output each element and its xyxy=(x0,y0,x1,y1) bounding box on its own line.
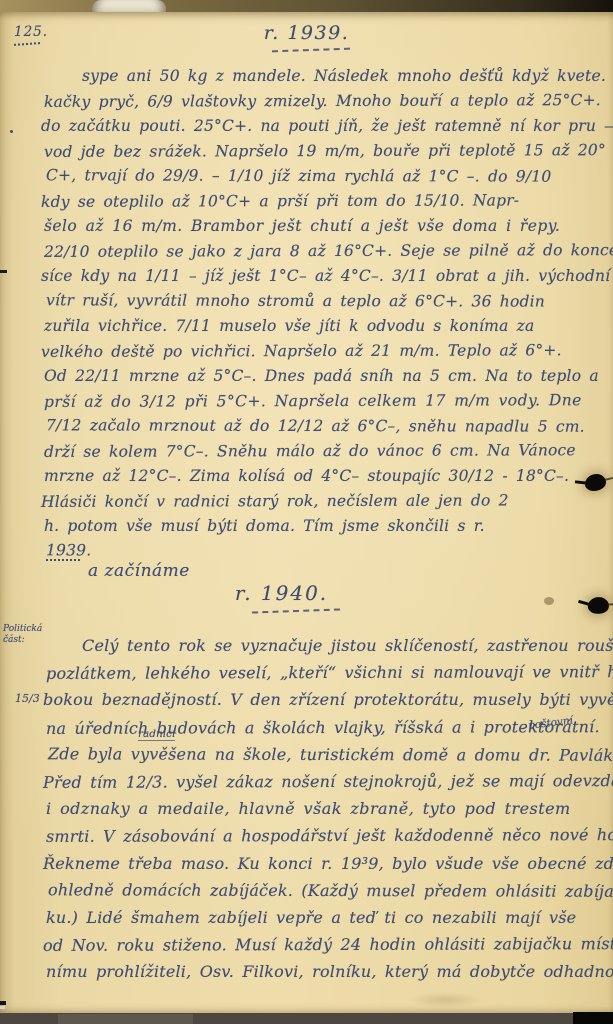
scanned-chronicle-page: 125. r. 1939. sype ani 50 kg z mandele. … xyxy=(0,0,613,1024)
heading-1939-underline xyxy=(272,48,350,53)
paper-stain xyxy=(408,992,482,1008)
margin-note-line: část: xyxy=(3,635,47,646)
paragraph-1939: sype ani 50 kg z mandele. Následek mnoho… xyxy=(44,64,600,564)
handwriting-line: od Nov. roku stiženo. Musí každý 24 hodi… xyxy=(43,930,604,959)
handwriting-line: na úředních budovách a školách vlajky, ř… xyxy=(46,713,604,742)
handwriting-line: prší až do 3/12 při 5°C+. Napršela celke… xyxy=(44,388,600,415)
interlinear-insertion-radnici: radnici xyxy=(138,728,175,741)
handwriting-line: h. potom vše musí býti doma. Tím jsme sk… xyxy=(44,514,600,539)
year-1939-underline xyxy=(46,559,80,561)
handwriting-line: Řekneme třeba maso. Ku konci r. 19³9, by… xyxy=(43,850,604,877)
handwriting-line: vítr ruší, vyvrátil mnoho stromů a teplo… xyxy=(46,288,600,314)
section-heading-1939: r. 1939. xyxy=(0,22,613,44)
handwriting-line: mrzne až 12°C–. Zima kolísá od 4°C– stou… xyxy=(44,464,600,489)
handwriting-line: Před tím 12/3. vyšel zákaz nošení stejno… xyxy=(43,767,604,796)
handwriting-line: C+, trvají do 29/9. – 1/10 jíž zima rych… xyxy=(46,163,600,189)
handwriting-line: 7/12 začalo mrznout až do 12/12 až 6°C–,… xyxy=(46,413,600,439)
handwriting-line: vod jde bez srážek. Napršelo 19 m/m, bou… xyxy=(44,138,600,165)
transition-phrase: a začínáme xyxy=(88,561,190,581)
handwriting-line: smrti. V zásobování a hospodářství ješt … xyxy=(46,822,604,851)
handwriting-line: velkého deště po vichřici. Napršelo až 2… xyxy=(41,338,600,365)
paragraph-1940: Celý tento rok se vyznačuje jistou sklíč… xyxy=(46,632,604,986)
handwriting-line: Zde byla vyvěšena na škole, turistickém … xyxy=(48,740,604,769)
section-heading-1940: r. 1940. xyxy=(0,581,563,605)
handwriting-line: i odznaky a medaile, hlavně však zbraně,… xyxy=(46,795,604,822)
scan-edge-mark xyxy=(0,1001,6,1005)
handwriting-line: 22/10 oteplilo se jako z jara 8 až 16°C+… xyxy=(44,238,600,265)
handwriting-line: kačky pryč, 6/9 vlaštovky zmizely. Mnoho… xyxy=(44,88,600,115)
scan-background-bottom-black xyxy=(573,1012,613,1024)
ink-speck xyxy=(10,130,13,133)
handwriting-line: zuřila vichřice. 7/11 muselo vše jíti k … xyxy=(44,314,600,339)
handwriting-line: drží se kolem 7°C–. Sněhu málo až do ván… xyxy=(44,438,600,465)
handwriting-line: Celý tento rok se vyznačuje jistou sklíč… xyxy=(46,632,604,659)
scan-edge-mark xyxy=(0,1006,5,1009)
heading-1940-underline xyxy=(252,608,340,613)
handwriting-line: do začátku pouti. 25°C+. na pouti jíň, ž… xyxy=(41,114,600,139)
handwriting-line: sype ani 50 kg z mandele. Následek mnoho… xyxy=(44,64,600,89)
handwriting-line: ku.) Lidé šmahem zabíjeli vepře a teď ti… xyxy=(46,904,604,931)
handwriting-line: bokou beznadějností. V den zřízení prote… xyxy=(43,686,604,713)
handwriting-line: pozlátkem, lehkého veselí, „kteří“ všich… xyxy=(46,658,604,687)
handwriting-line: kdy se oteplilo až 10°C+ a prší při tom … xyxy=(41,188,600,215)
margin-date: 15/3 xyxy=(15,692,40,705)
paper-stain xyxy=(544,597,554,605)
handwriting-line: síce kdy na 1/11 – jíž ješt 1°C– až 4°C–… xyxy=(41,264,600,289)
handwriting-line: Od 22/11 mrzne až 5°C–. Dnes padá sníh n… xyxy=(44,364,600,389)
scan-background-bottom-light xyxy=(58,1014,193,1024)
handwriting-line: ohledně domácích zabíjáček. (Každý musel… xyxy=(48,876,604,905)
margin-note-line: Politická xyxy=(3,624,47,635)
margin-note-politicka-cast: Politická část: xyxy=(3,624,47,646)
handwriting-line: nímu prohlížiteli, Osv. Filkovi, rolníku… xyxy=(46,958,604,985)
handwriting-line: šelo až 16 m/m. Brambor ješt chutí a ješ… xyxy=(44,214,600,239)
paper-sheet: 125. r. 1939. sype ani 50 kg z mandele. … xyxy=(0,12,613,1013)
handwriting-line: Hlásiči končí v radnici starý rok, nečís… xyxy=(41,488,600,515)
ink-speck xyxy=(0,270,7,273)
